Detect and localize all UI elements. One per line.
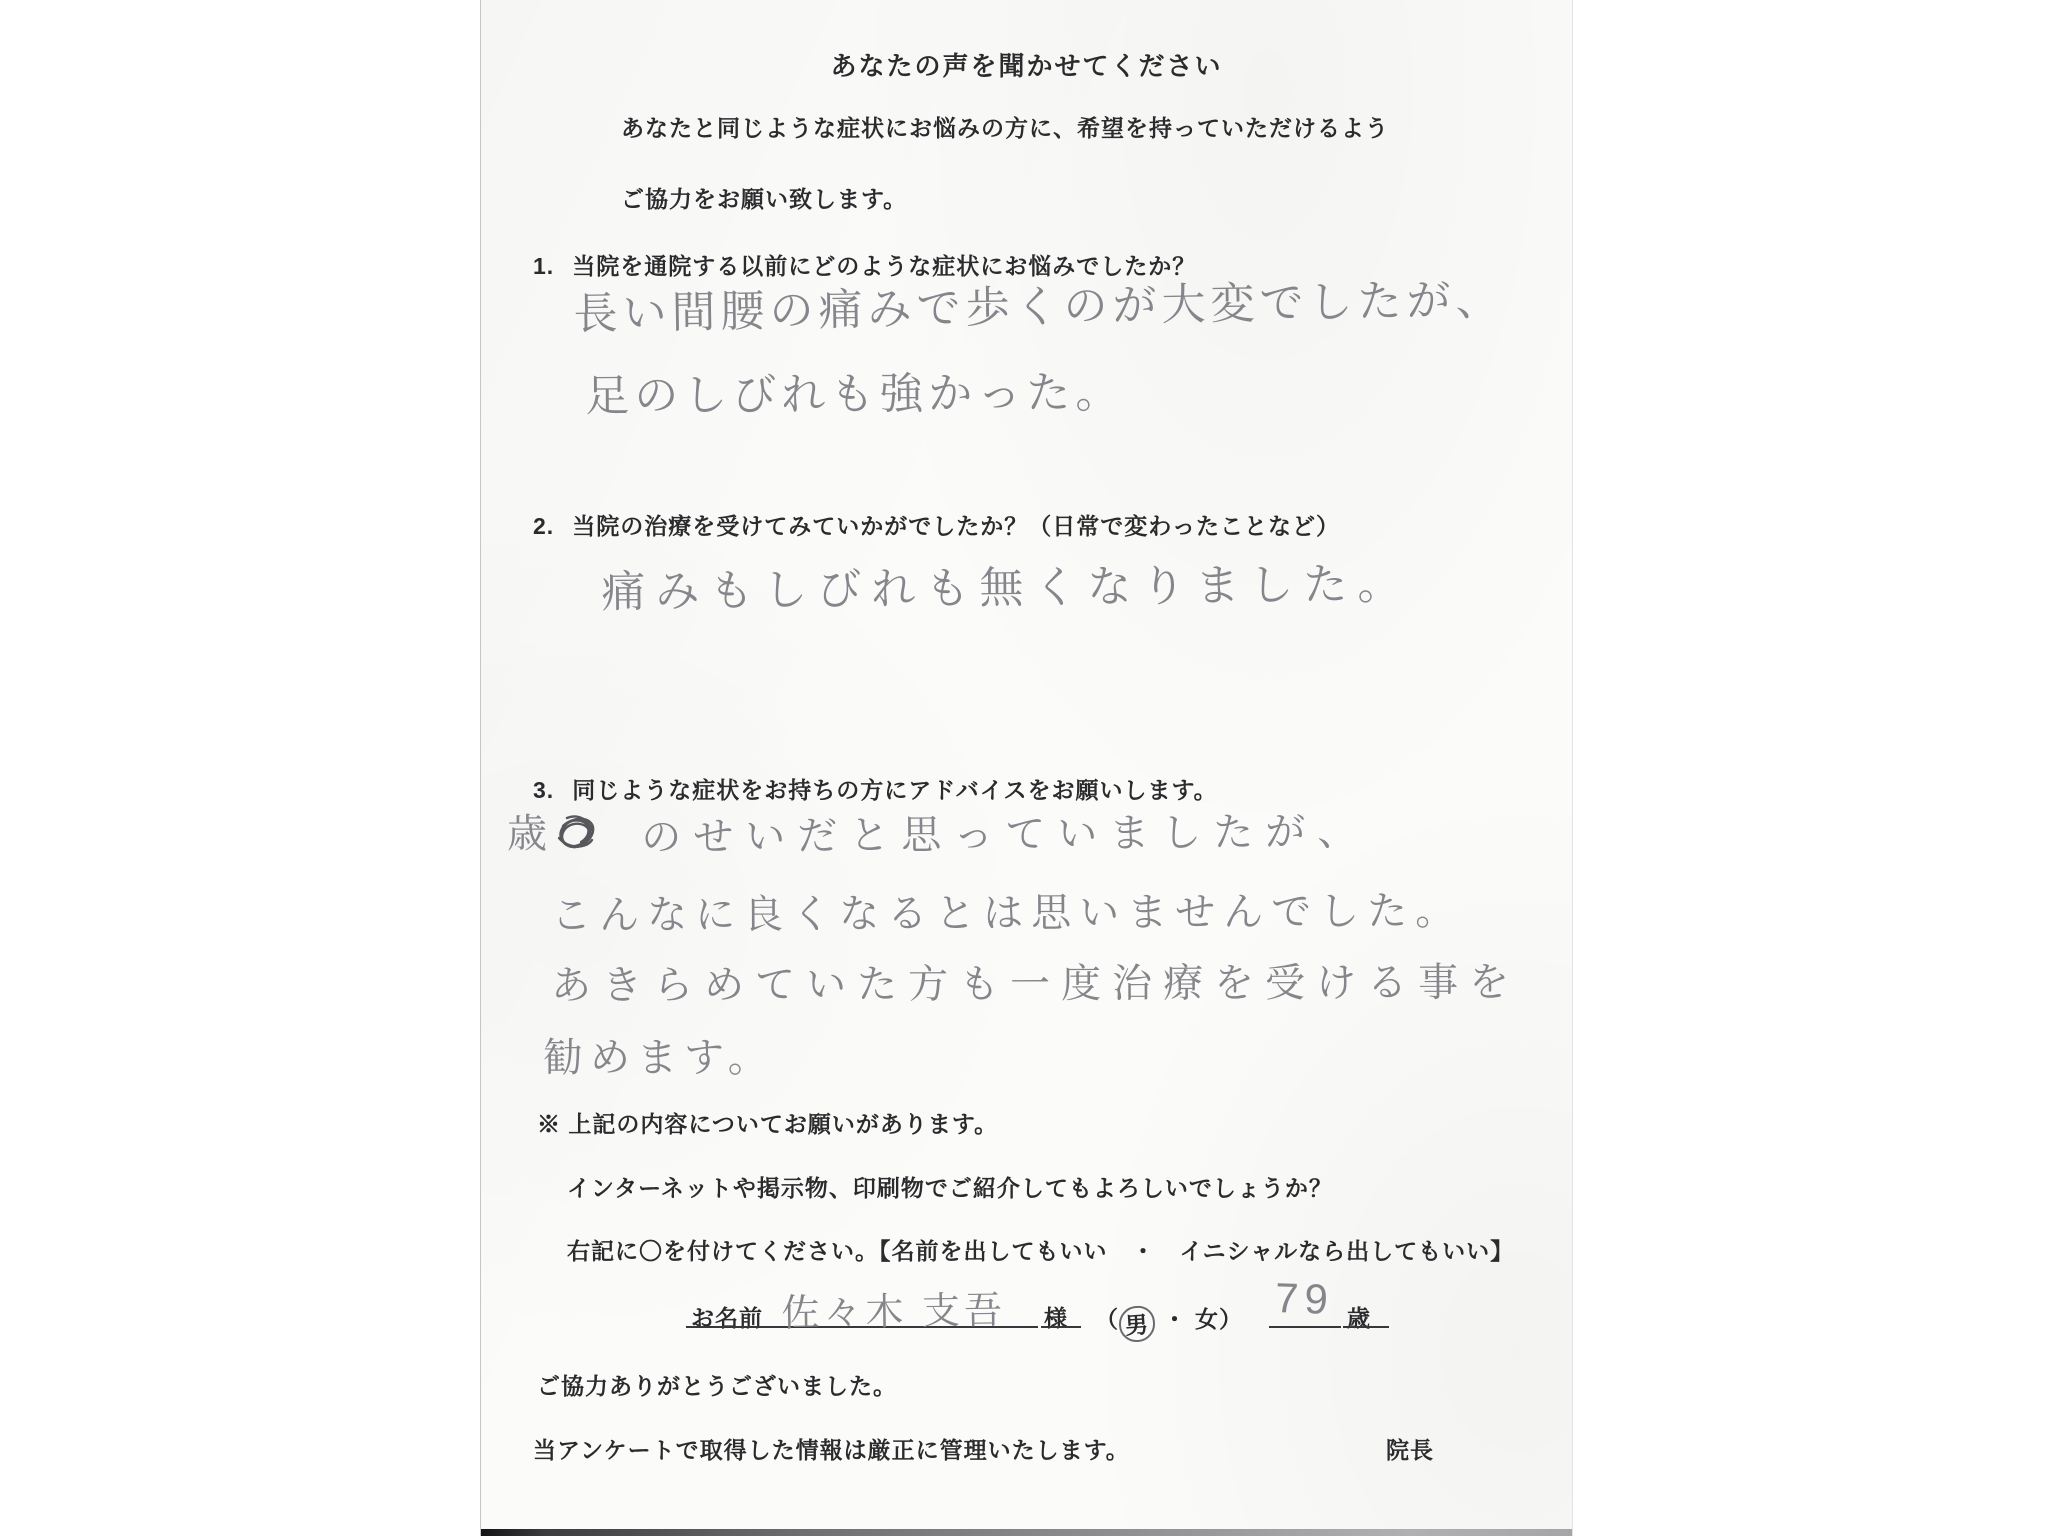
answer-3-first-char: 歳 [507,802,556,859]
request-note: ※ 上記の内容についてお願いがあります。 [537,1106,998,1139]
answer-1-line-2: 足のしびれも強かった。 [585,356,1124,424]
privacy-note: 当アンケートで取得した情報は厳正に管理いたします。 [533,1432,1130,1465]
permission-question: インターネットや掲示物、印刷物でご紹介してもよろしいでしょうか？ [567,1170,1333,1203]
scribble-redaction-icon [551,806,601,856]
paren-close: ） [1219,1306,1243,1332]
paren-open: （ [1095,1306,1119,1332]
age-unit-underline [1343,1326,1389,1328]
honorific-label: 様 [1044,1300,1068,1333]
question-1-number: 1. [533,253,554,280]
circled-male-option: 男 [1118,1305,1156,1343]
question-2: 2.当院の治療を受けてみていかがでしたか？（日常で変わったことなど） [533,508,1340,541]
question-3-label: 同じような症状をお持ちの方にアドバイスをお願いします。 [572,777,1217,803]
page-title: あなたの声を聞かせてください [481,46,1572,83]
gender-options: （男・女） [1095,1300,1243,1336]
honorific-underline [1041,1326,1081,1328]
answer-2-line-1: 痛みもしびれも無くなりました。 [601,548,1412,620]
thanks-line: ご協力ありがとうございました。 [537,1368,897,1401]
circle-instruction: 右記に〇を付けてください。【名前を出してもいい ・ イニシャルなら出してもいい】 [567,1233,1514,1266]
scanned-survey-page: あなたの声を聞かせてください あなたと同じような症状にお悩みの方に、希望を持って… [480,0,1573,1536]
gender-separator: ・ [1163,1306,1187,1332]
age-underline [1269,1326,1341,1328]
question-2-label: 当院の治療を受けてみていかがでしたか？（日常で変わったことなど） [572,513,1340,539]
answer-3-line-1: のせいだと思っていましたが、 [641,800,1369,863]
answer-3-line-3: あきらめていた方も一度治療を受ける事を [551,951,1520,1011]
question-2-number: 2. [533,513,554,540]
scan-edge-strip [481,1529,1572,1536]
age-unit-label: 歳 [1347,1300,1371,1333]
female-option: 女 [1195,1306,1219,1332]
question-3: 3.同じような症状をお持ちの方にアドバイスをお願いします。 [533,772,1218,805]
name-field-label: お名前 [691,1300,763,1333]
age-handwritten-value: 79 [1274,1274,1334,1324]
question-3-number: 3. [533,777,554,804]
intro-line-2: ご協力をお願い致します。 [621,181,907,214]
director-signature: 院長 [1386,1432,1434,1465]
name-handwritten-value: 佐々木 支吾 [781,1279,1006,1337]
intro-line-1: あなたと同じような症状にお悩みの方に、希望を持っていただけるよう [621,110,1389,143]
answer-3-line-4: 勧めます。 [543,1026,775,1083]
paper-shading [481,0,1572,1536]
answer-3-line-2: こんなに良くなるとは思いませんでした。 [551,879,1463,941]
answer-1-line-1: 長い間腰の痛みで歩くのが大変でしたが、 [573,263,1505,342]
